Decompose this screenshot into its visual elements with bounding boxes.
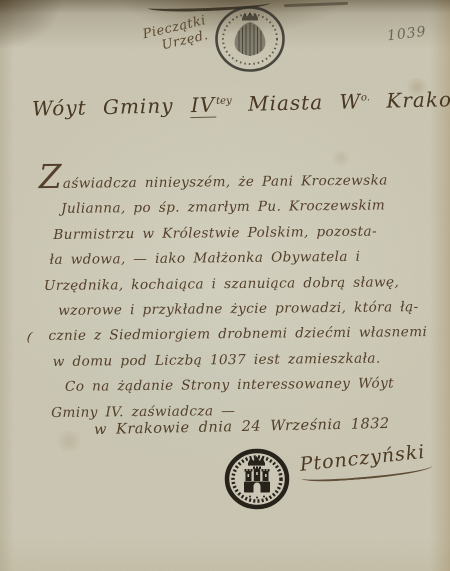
title-roman-numeral: IV (190, 92, 217, 118)
body-line: Zaświadcza ninieyszém, że Pani Kroczewsk… (39, 160, 437, 198)
title-superscript-tey: tey (216, 95, 232, 106)
title-part-1: Wóyt Gminy (32, 93, 190, 121)
body-line: Julianna, po śp. zmarłym Pu. Kroczewskim (61, 193, 437, 222)
margin-mark: ( (26, 330, 34, 346)
title-superscript-o: o. (361, 92, 370, 103)
body-paragraph: Zaświadcza ninieyszém, że Pani Kroczewsk… (39, 160, 440, 426)
krakow-coat-of-arms-seal-icon (224, 448, 290, 510)
top-edge-ink-streak-2 (284, 2, 348, 7)
handwritten-annotation: Pieczątki Urzęd. (141, 13, 210, 57)
title-part-2: Miasta W (231, 89, 361, 116)
signature-block: Ptonczyński (299, 440, 434, 486)
body-line: Co na żądanie Strony interessowaney Wóyt (65, 371, 439, 400)
archive-page-number: 1039 (386, 24, 427, 45)
seal-crown-band (248, 463, 265, 466)
crown-band (242, 18, 258, 21)
body-line: wzorowe i przykładne życie prowadzi, któ… (58, 295, 438, 324)
document-page: Pieczątki Urzęd. 1039 Wóyt Gminy IVtey M… (0, 0, 450, 571)
foxing-spot (54, 430, 84, 452)
document-title: Wóyt Gminy IVtey Miasta Wo. Krakowa (32, 87, 444, 120)
crown-eagle-ink-stamp-icon (213, 5, 287, 73)
crest-hatching (239, 23, 261, 56)
title-part-3: Krakowa (370, 86, 450, 113)
body-line: cznie z Siedmiorgiem drobnemi dziećmi wł… (48, 320, 438, 349)
